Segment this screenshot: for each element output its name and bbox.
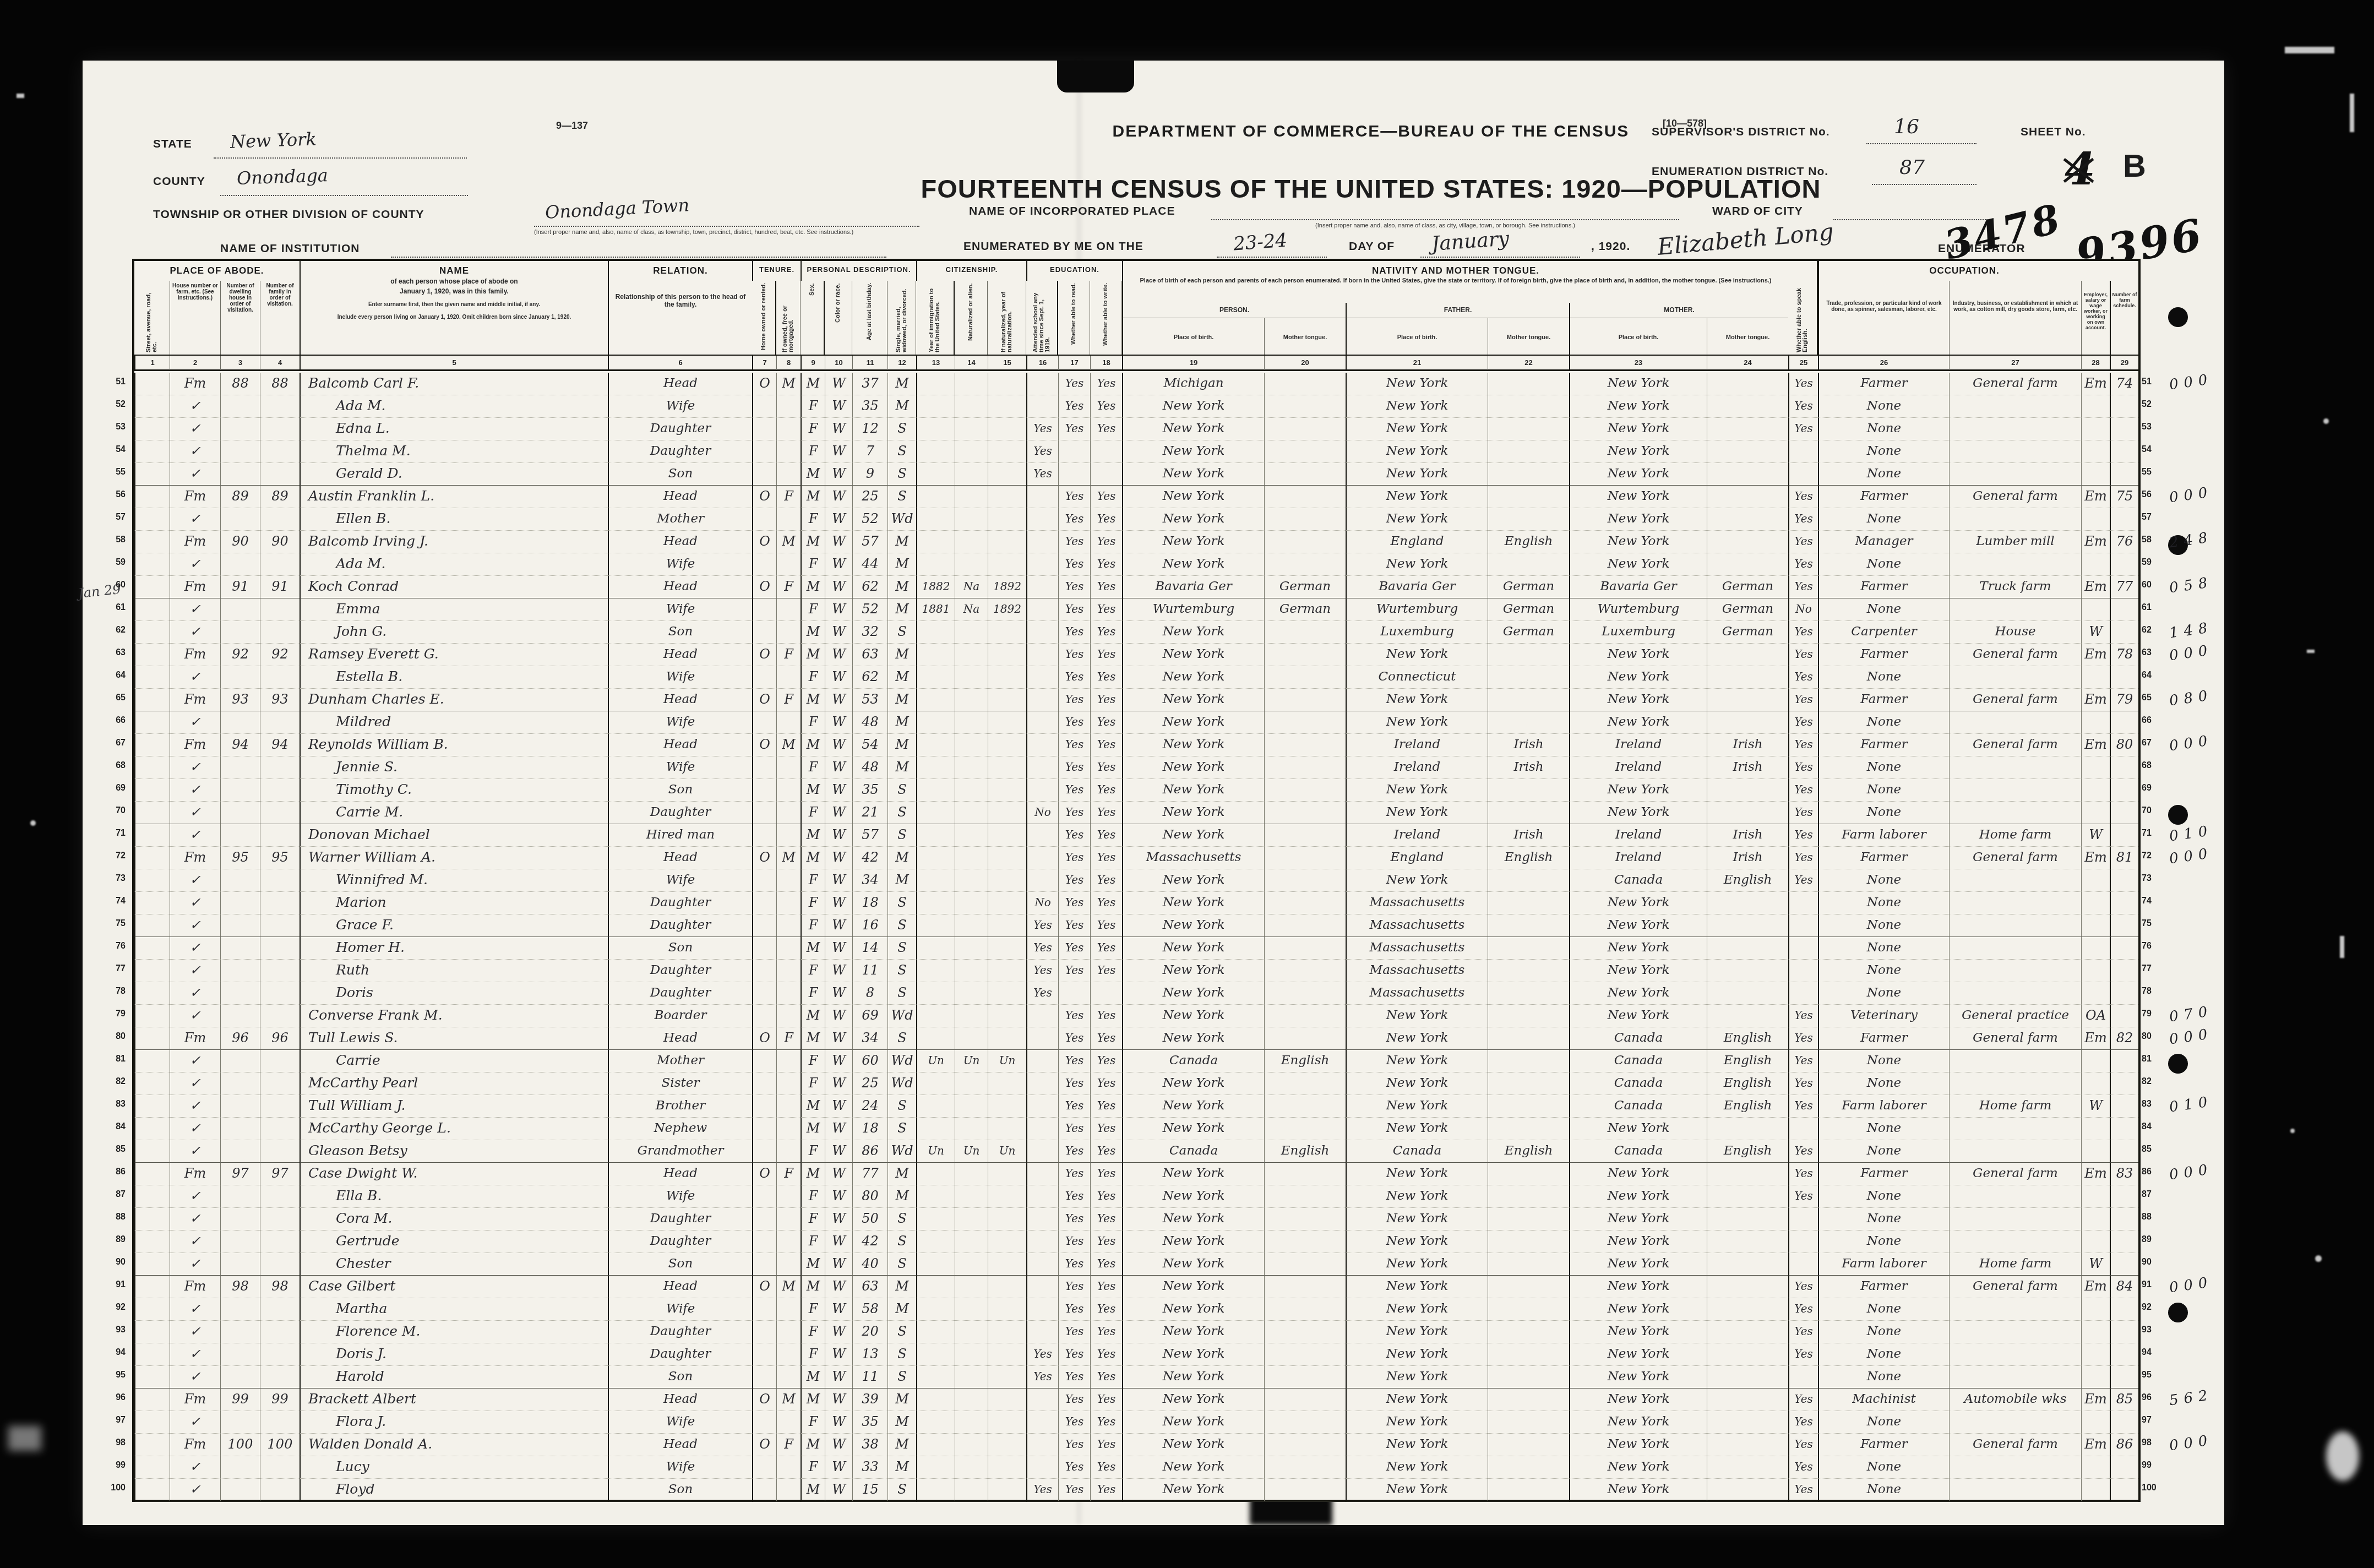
cell-write-85: Yes: [1090, 1140, 1122, 1163]
cell-own-100: [752, 1479, 776, 1501]
line-number-left-91: 91: [98, 1273, 126, 1296]
cell-cls-58: Em: [2081, 531, 2110, 553]
cell-imm-85: Un: [916, 1140, 955, 1163]
colhead-street: Street, avenue, road, etc.: [134, 281, 170, 355]
cell-fam-93: [260, 1321, 300, 1343]
cell-bpp-63: New York: [1122, 644, 1264, 666]
cell-street-65: [134, 689, 170, 711]
cell-ind-100: [1949, 1479, 2081, 1501]
cell-color-76: W: [825, 937, 852, 960]
cell-eng-70: Yes: [1788, 802, 1818, 824]
cell-imm-89: [916, 1231, 955, 1253]
cell-mtm-87: [1707, 1185, 1788, 1208]
cell-name-62: John G.: [300, 621, 608, 644]
cell-rel-100: Son: [608, 1479, 752, 1501]
cell-bpm-93: New York: [1569, 1321, 1707, 1343]
line-number-right-95: 95: [2138, 1364, 2166, 1386]
cell-mar-82: Wd: [887, 1072, 916, 1095]
cell-age-72: 42: [852, 847, 887, 869]
cell-eng-86: Yes: [1788, 1163, 1818, 1185]
cell-mtp-70: [1264, 802, 1346, 824]
cell-age-63: 63: [852, 644, 887, 666]
cell-naty-63: [988, 644, 1026, 666]
cell-own-70: [752, 802, 776, 824]
cell-eng-83: Yes: [1788, 1095, 1818, 1118]
col-num-eng: 25: [1788, 356, 1818, 370]
cell-name-96: Brackett Albert: [300, 1389, 608, 1411]
cell-bpp-90: New York: [1122, 1253, 1264, 1276]
line-number-left-96: 96: [98, 1386, 126, 1409]
cell-naty-71: [988, 824, 1026, 847]
cell-bpf-56: New York: [1346, 486, 1488, 508]
cell-fm-82: [776, 1072, 801, 1095]
cell-street-68: [134, 756, 170, 779]
cell-occ-97: None: [1818, 1411, 1949, 1434]
cell-own-99: [752, 1456, 776, 1479]
cell-sch-79: [1026, 1005, 1058, 1027]
cell-imm-55: [916, 463, 955, 486]
cell-farm-66: [2110, 711, 2138, 734]
cell-sex-70: F: [801, 802, 825, 824]
binder-notch-top: [1057, 61, 1134, 92]
supervisor-rule: [1866, 143, 1976, 144]
cell-rel-70: Daughter: [608, 802, 752, 824]
colhead-farmsched: Number of farm schedule.: [2110, 281, 2138, 355]
cell-imm-86: [916, 1163, 955, 1185]
cell-fam-51: 88: [260, 373, 300, 395]
cell-sex-61: F: [801, 598, 825, 621]
cell-naty-85: Un: [988, 1140, 1026, 1163]
cell-fam-94: [260, 1343, 300, 1366]
census-table: PLACE OF ABODE. Street, avenue, road, et…: [132, 259, 2141, 1502]
line-number-left-66: 66: [98, 709, 126, 732]
cell-ind-86: General farm: [1949, 1163, 2081, 1185]
person-bar: PERSON.: [1122, 303, 1346, 318]
line-number-left-62: 62: [98, 619, 126, 641]
cell-write-70: Yes: [1090, 802, 1122, 824]
sheet-letter: B: [2123, 148, 2147, 184]
cell-sex-94: F: [801, 1343, 825, 1366]
cell-color-51: W: [825, 373, 852, 395]
cell-color-92: W: [825, 1298, 852, 1321]
cell-naty-57: [988, 508, 1026, 531]
cell-bpm-92: New York: [1569, 1298, 1707, 1321]
cell-eng-88: [1788, 1208, 1818, 1231]
cell-mar-83: S: [887, 1095, 916, 1118]
cell-sex-67: M: [801, 734, 825, 756]
cell-farm-54: [2110, 440, 2138, 463]
cell-bpp-87: New York: [1122, 1185, 1264, 1208]
col-num-age: 11: [852, 356, 887, 370]
cell-mtm-78: [1707, 982, 1788, 1005]
cell-nat-83: [955, 1095, 988, 1118]
cell-rel-62: Son: [608, 621, 752, 644]
cell-color-54: W: [825, 440, 852, 463]
cell-name-69: Timothy C.: [300, 779, 608, 802]
cell-sex-96: M: [801, 1389, 825, 1411]
cell-mtf-63: [1488, 644, 1569, 666]
cell-mtm-77: [1707, 960, 1788, 982]
cell-bpm-89: New York: [1569, 1231, 1707, 1253]
cell-own-87: [752, 1185, 776, 1208]
cell-bpf-87: New York: [1346, 1185, 1488, 1208]
cell-naty-60: 1892: [988, 576, 1026, 598]
cell-nat-80: [955, 1027, 988, 1050]
line-number-right-67: 67: [2138, 732, 2166, 754]
nativity-desc: Place of birth of each person and parent…: [1122, 276, 1788, 303]
cell-own-81: [752, 1050, 776, 1072]
cell-mar-74: S: [887, 892, 916, 914]
cell-street-63: [134, 644, 170, 666]
cell-fm-97: [776, 1411, 801, 1434]
cell-sch-65: [1026, 689, 1058, 711]
cell-bpm-99: New York: [1569, 1456, 1707, 1479]
cell-farm-94: [2110, 1343, 2138, 1366]
cell-street-57: [134, 508, 170, 531]
col-num-ind: 27: [1949, 356, 2081, 370]
cell-imm-91: [916, 1276, 955, 1298]
cell-farm-60: 77: [2110, 576, 2138, 598]
cell-house-51: Fm: [170, 373, 220, 395]
cell-mar-66: M: [887, 711, 916, 734]
cell-house-69: ✓: [170, 779, 220, 802]
cell-write-62: Yes: [1090, 621, 1122, 644]
cell-color-85: W: [825, 1140, 852, 1163]
margin-stamps: 0000002480581480000800000100000700000100…: [2169, 371, 2230, 1499]
cell-bpm-64: New York: [1569, 666, 1707, 689]
line-numbers-right: 5152535455565758596061626364656667686970…: [2138, 371, 2166, 1499]
cell-bpf-91: New York: [1346, 1276, 1488, 1298]
line-number-left-81: 81: [98, 1048, 126, 1070]
cell-color-53: W: [825, 418, 852, 440]
cell-house-80: Fm: [170, 1027, 220, 1050]
cell-read-84: Yes: [1058, 1118, 1090, 1140]
cell-cls-98: Em: [2081, 1434, 2110, 1456]
cell-mtp-65: [1264, 689, 1346, 711]
cell-bpm-66: New York: [1569, 711, 1707, 734]
cell-mar-63: M: [887, 644, 916, 666]
cell-write-74: Yes: [1090, 892, 1122, 914]
cell-occ-87: None: [1818, 1185, 1949, 1208]
line-number-right-94: 94: [2138, 1341, 2166, 1364]
cell-bpm-94: New York: [1569, 1343, 1707, 1366]
cell-farm-59: [2110, 553, 2138, 576]
cell-occ-93: None: [1818, 1321, 1949, 1343]
enumeration-label: ENUMERATION DISTRICT No.: [1652, 165, 1828, 178]
cell-fm-91: M: [776, 1276, 801, 1298]
cell-cls-77: [2081, 960, 2110, 982]
relation-title: RELATION.: [609, 261, 752, 276]
line-number-right-86: 86: [2138, 1161, 2166, 1183]
county-label: COUNTY: [153, 175, 205, 188]
cell-age-100: 15: [852, 1479, 887, 1501]
line-numbers-left: 5152535455565758596061626364656667686970…: [98, 371, 126, 1499]
colhead-sex: Sex.: [801, 281, 825, 355]
cell-mtm-71: Irish: [1707, 824, 1788, 847]
cell-imm-93: [916, 1321, 955, 1343]
cell-ind-84: [1949, 1118, 2081, 1140]
cell-street-79: [134, 1005, 170, 1027]
cell-bpp-86: New York: [1122, 1163, 1264, 1185]
cell-mtm-83: English: [1707, 1095, 1788, 1118]
cell-ind-96: Automobile wks: [1949, 1389, 2081, 1411]
cell-rel-76: Son: [608, 937, 752, 960]
cell-read-98: Yes: [1058, 1434, 1090, 1456]
cell-ind-62: House: [1949, 621, 2081, 644]
cell-bpm-98: New York: [1569, 1434, 1707, 1456]
cell-fm-53: [776, 418, 801, 440]
cell-age-71: 57: [852, 824, 887, 847]
enumeration-rule: [1872, 184, 1976, 185]
cell-imm-61: 1881: [916, 598, 955, 621]
cell-write-52: Yes: [1090, 395, 1122, 418]
cell-bpp-54: New York: [1122, 440, 1264, 463]
line-number-right-61: 61: [2138, 596, 2166, 619]
cell-mtf-52: [1488, 395, 1569, 418]
cell-write-91: Yes: [1090, 1276, 1122, 1298]
cell-dwell-82: [220, 1072, 260, 1095]
cell-fm-52: [776, 395, 801, 418]
cell-read-58: Yes: [1058, 531, 1090, 553]
cell-rel-68: Wife: [608, 756, 752, 779]
cell-age-52: 35: [852, 395, 887, 418]
cell-mtp-94: [1264, 1343, 1346, 1366]
cell-imm-95: [916, 1366, 955, 1389]
cell-bpm-84: New York: [1569, 1118, 1707, 1140]
cell-cls-70: [2081, 802, 2110, 824]
cell-farm-72: 81: [2110, 847, 2138, 869]
cell-eng-61: No: [1788, 598, 1818, 621]
cell-write-61: Yes: [1090, 598, 1122, 621]
cell-imm-56: [916, 486, 955, 508]
cell-mar-65: M: [887, 689, 916, 711]
cell-fm-93: [776, 1321, 801, 1343]
cell-imm-76: [916, 937, 955, 960]
cell-mar-100: S: [887, 1479, 916, 1501]
cell-eng-85: Yes: [1788, 1140, 1818, 1163]
cell-mar-75: S: [887, 914, 916, 937]
cell-street-67: [134, 734, 170, 756]
line-number-left-92: 92: [98, 1296, 126, 1319]
cell-bpm-73: Canada: [1569, 869, 1707, 892]
cell-street-77: [134, 960, 170, 982]
cell-nat-53: [955, 418, 988, 440]
cell-farm-61: [2110, 598, 2138, 621]
cell-own-61: [752, 598, 776, 621]
film-speck: [30, 820, 36, 826]
cell-name-97: Flora J.: [300, 1411, 608, 1434]
cell-color-64: W: [825, 666, 852, 689]
cell-street-72: [134, 847, 170, 869]
cell-nat-86: [955, 1163, 988, 1185]
cell-naty-75: [988, 914, 1026, 937]
cell-imm-69: [916, 779, 955, 802]
cell-eng-68: Yes: [1788, 756, 1818, 779]
cell-fm-90: [776, 1253, 801, 1276]
cell-fm-75: [776, 914, 801, 937]
cell-bpf-100: New York: [1346, 1479, 1488, 1501]
cell-house-55: ✓: [170, 463, 220, 486]
col-num-write: 18: [1090, 356, 1122, 370]
line-number-left-74: 74: [98, 890, 126, 912]
cell-age-89: 42: [852, 1231, 887, 1253]
cell-write-97: Yes: [1090, 1411, 1122, 1434]
supervisor-label: SUPERVISOR'S DISTRICT No.: [1652, 126, 1830, 139]
cell-occ-98: Farmer: [1818, 1434, 1949, 1456]
line-number-right-54: 54: [2138, 438, 2166, 461]
cell-mtp-51: [1264, 373, 1346, 395]
line-number-right-91: 91: [2138, 1273, 2166, 1296]
cell-own-62: [752, 621, 776, 644]
col-num-dwell: 3: [220, 356, 260, 370]
cell-mar-93: S: [887, 1321, 916, 1343]
cell-cls-86: Em: [2081, 1163, 2110, 1185]
cell-cls-66: [2081, 711, 2110, 734]
cell-ind-55: [1949, 463, 2081, 486]
cell-imm-81: Un: [916, 1050, 955, 1072]
cell-mtm-61: German: [1707, 598, 1788, 621]
cell-fam-66: [260, 711, 300, 734]
cell-sch-84: [1026, 1118, 1058, 1140]
cell-nat-69: [955, 779, 988, 802]
cell-mar-97: M: [887, 1411, 916, 1434]
cell-dwell-80: 96: [220, 1027, 260, 1050]
cell-farm-58: 76: [2110, 531, 2138, 553]
cell-eng-73: Yes: [1788, 869, 1818, 892]
cell-eng-94: Yes: [1788, 1343, 1818, 1366]
cell-fm-98: F: [776, 1434, 801, 1456]
cell-eng-89: [1788, 1231, 1818, 1253]
cell-mtp-56: [1264, 486, 1346, 508]
cell-eng-95: [1788, 1366, 1818, 1389]
cell-color-72: W: [825, 847, 852, 869]
cell-mtp-86: [1264, 1163, 1346, 1185]
cell-dwell-53: [220, 418, 260, 440]
cell-mtf-64: [1488, 666, 1569, 689]
cell-bpf-51: New York: [1346, 373, 1488, 395]
cell-fam-70: [260, 802, 300, 824]
cell-ind-79: General practice: [1949, 1005, 2081, 1027]
cell-farm-73: [2110, 869, 2138, 892]
cell-street-70: [134, 802, 170, 824]
line-number-right-73: 73: [2138, 867, 2166, 890]
cell-sch-100: Yes: [1026, 1479, 1058, 1501]
cell-name-93: Florence M.: [300, 1321, 608, 1343]
cell-ind-70: [1949, 802, 2081, 824]
cell-bpm-51: New York: [1569, 373, 1707, 395]
cell-mtp-64: [1264, 666, 1346, 689]
cell-color-70: W: [825, 802, 852, 824]
cell-mar-77: S: [887, 960, 916, 982]
cell-sex-63: M: [801, 644, 825, 666]
cell-age-94: 13: [852, 1343, 887, 1366]
cell-dwell-60: 91: [220, 576, 260, 598]
cell-imm-79: [916, 1005, 955, 1027]
cell-ind-98: General farm: [1949, 1434, 2081, 1456]
colhead-immigration: Year of immigration to the United States…: [916, 281, 955, 355]
cell-nat-55: [955, 463, 988, 486]
cell-eng-93: Yes: [1788, 1321, 1818, 1343]
cell-color-93: W: [825, 1321, 852, 1343]
cell-mtm-53: [1707, 418, 1788, 440]
cell-mtf-95: [1488, 1366, 1569, 1389]
cell-mar-96: M: [887, 1389, 916, 1411]
cell-farm-82: [2110, 1072, 2138, 1095]
cell-street-82: [134, 1072, 170, 1095]
cell-mtp-57: [1264, 508, 1346, 531]
cell-street-75: [134, 914, 170, 937]
cell-read-93: Yes: [1058, 1321, 1090, 1343]
cell-fam-80: 96: [260, 1027, 300, 1050]
cell-nat-52: [955, 395, 988, 418]
colhead-family: Number of family in order of visitation.: [260, 281, 300, 355]
cell-street-97: [134, 1411, 170, 1434]
cell-dwell-51: 88: [220, 373, 260, 395]
cell-fm-56: F: [776, 486, 801, 508]
cell-nat-79: [955, 1005, 988, 1027]
cell-sex-60: M: [801, 576, 825, 598]
cell-bpp-77: New York: [1122, 960, 1264, 982]
cell-rel-72: Head: [608, 847, 752, 869]
cell-dwell-65: 93: [220, 689, 260, 711]
cell-bpf-89: New York: [1346, 1231, 1488, 1253]
cell-mar-67: M: [887, 734, 916, 756]
state-value: New York: [230, 128, 317, 152]
page-title: FOURTEENTH CENSUS OF THE UNITED STATES: …: [655, 173, 2087, 204]
cell-write-64: Yes: [1090, 666, 1122, 689]
cell-mtm-54: [1707, 440, 1788, 463]
colhead-class: Employer, salary or wage worker, or work…: [2081, 281, 2110, 355]
cell-occ-71: Farm laborer: [1818, 824, 1949, 847]
line-number-left-60: 60: [98, 574, 126, 596]
mother-bar: MOTHER.: [1569, 303, 1788, 318]
cell-cls-87: [2081, 1185, 2110, 1208]
cell-mtf-58: English: [1488, 531, 1569, 553]
cell-sch-85: [1026, 1140, 1058, 1163]
cell-house-76: ✓: [170, 937, 220, 960]
cell-cls-83: W: [2081, 1095, 2110, 1118]
cell-bpp-67: New York: [1122, 734, 1264, 756]
cell-read-75: Yes: [1058, 914, 1090, 937]
cell-color-83: W: [825, 1095, 852, 1118]
cell-eng-69: Yes: [1788, 779, 1818, 802]
cell-dwell-100: [220, 1479, 260, 1501]
line-number-right-77: 77: [2138, 957, 2166, 980]
cell-naty-84: [988, 1118, 1026, 1140]
cell-write-92: Yes: [1090, 1298, 1122, 1321]
cell-bpp-81: Canada: [1122, 1050, 1264, 1072]
col-num-mtm: 24: [1707, 356, 1788, 370]
cell-fm-65: F: [776, 689, 801, 711]
cell-dwell-67: 94: [220, 734, 260, 756]
cell-sch-99: [1026, 1456, 1058, 1479]
line-number-left-58: 58: [98, 529, 126, 551]
line-number-left-68: 68: [98, 754, 126, 777]
cell-house-88: ✓: [170, 1208, 220, 1231]
cell-imm-88: [916, 1208, 955, 1231]
cell-ind-59: [1949, 553, 2081, 576]
cell-sch-69: [1026, 779, 1058, 802]
cell-write-68: Yes: [1090, 756, 1122, 779]
cell-sex-59: F: [801, 553, 825, 576]
cell-ind-75: [1949, 914, 2081, 937]
cell-eng-67: Yes: [1788, 734, 1818, 756]
cell-color-56: W: [825, 486, 852, 508]
cell-house-91: Fm: [170, 1276, 220, 1298]
line-number-right-81: 81: [2138, 1048, 2166, 1070]
line-number-left-56: 56: [98, 483, 126, 506]
cell-mtf-70: [1488, 802, 1569, 824]
